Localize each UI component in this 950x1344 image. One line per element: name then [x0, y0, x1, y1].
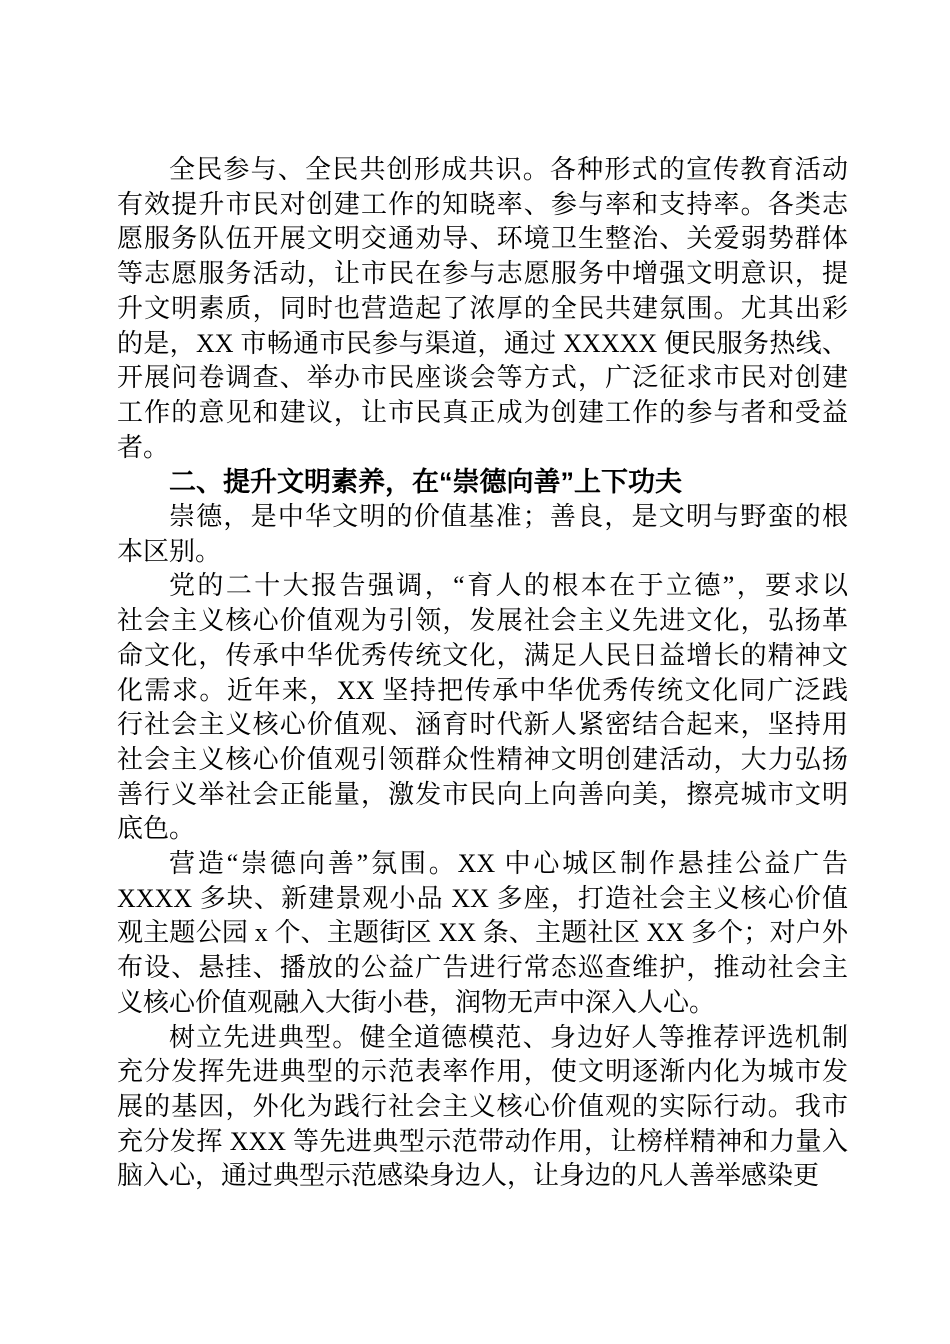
- text-line: 的是，XX 市畅通市民参与渠道，通过 XXXXX 便民服务热线、: [117, 327, 848, 362]
- paragraph: 树立先进典型。健全道德模范、身边好人等推荐评选机制充分发挥先进典型的示范表率作用…: [117, 1021, 848, 1195]
- paragraph: 党的二十大报告强调，“育人的根本在于立德”，要求以社会主义核心价值观为引领，发展…: [117, 569, 848, 847]
- text-line: 观主题公园 x 个、主题街区 XX 条、主题社区 XX 多个；对户外: [117, 916, 848, 951]
- document-page: 全民参与、全民共创形成共识。各种形式的宣传教育活动有效提升市民对创建工作的知晓率…: [0, 0, 950, 1344]
- text-line: 愿服务队伍开展文明交通劝导、环境卫生整治、关爱弱势群体: [117, 222, 848, 257]
- text-line: 党的二十大报告强调，“育人的根本在于立德”，要求以: [117, 569, 848, 604]
- text-line: 命文化，传承中华优秀传统文化，满足人民日益增长的精神文: [117, 639, 848, 674]
- text-line: 充分发挥 XXX 等先进典型示范带动作用，让榜样精神和力量入: [117, 1125, 848, 1160]
- text-line: 等志愿服务活动，让市民在参与志愿服务中增强文明意识，提: [117, 257, 848, 292]
- text-line: 社会主义核心价值观引领群众性精神文明创建活动，大力弘扬: [117, 743, 848, 778]
- text-line: 崇德，是中华文明的价值基准；善良，是文明与野蛮的根: [117, 500, 848, 535]
- text-line: 社会主义核心价值观为引领，发展社会主义先进文化，弘扬革: [117, 604, 848, 639]
- text-line: 化需求。近年来，XX 坚持把传承中华优秀传统文化同广泛践: [117, 674, 848, 709]
- heading-line: 二、提升文明素养，在“崇德向善”上下功夫: [117, 465, 848, 500]
- text-line: 工作的意见和建议，让市民真正成为创建工作的参与者和受益: [117, 396, 848, 431]
- text-line: 义核心价值观融入大街小巷，润物无声中深入人心。: [117, 986, 848, 1021]
- text-line: 展的基因，外化为践行社会主义核心价值观的实际行动。我市: [117, 1090, 848, 1125]
- text-line: 行社会主义核心价值观、涵育时代新人紧密结合起来，坚持用: [117, 708, 848, 743]
- text-line: 者。: [117, 431, 848, 466]
- text-line: 本区别。: [117, 535, 848, 570]
- document-body: 全民参与、全民共创形成共识。各种形式的宣传教育活动有效提升市民对创建工作的知晓率…: [117, 153, 848, 1194]
- paragraph: 全民参与、全民共创形成共识。各种形式的宣传教育活动有效提升市民对创建工作的知晓率…: [117, 153, 848, 465]
- text-line: 布设、悬挂、播放的公益广告进行常态巡查维护，推动社会主: [117, 951, 848, 986]
- text-line: 营造“崇德向善”氛围。XX 中心城区制作悬挂公益广告: [117, 847, 848, 882]
- paragraph: 崇德，是中华文明的价值基准；善良，是文明与野蛮的根本区别。: [117, 500, 848, 569]
- text-line: 全民参与、全民共创形成共识。各种形式的宣传教育活动: [117, 153, 848, 188]
- text-line: 开展问卷调查、举办市民座谈会等方式，广泛征求市民对创建: [117, 361, 848, 396]
- text-line: XXXX 多块、新建景观小品 XX 多座，打造社会主义核心价值: [117, 882, 848, 917]
- text-line: 树立先进典型。健全道德模范、身边好人等推荐评选机制: [117, 1021, 848, 1056]
- text-line: 善行义举社会正能量，激发市民向上向善向美，擦亮城市文明: [117, 778, 848, 813]
- paragraph: 营造“崇德向善”氛围。XX 中心城区制作悬挂公益广告XXXX 多块、新建景观小品…: [117, 847, 848, 1021]
- text-line: 有效提升市民对创建工作的知晓率、参与率和支持率。各类志: [117, 188, 848, 223]
- text-line: 升文明素质，同时也营造起了浓厚的全民共建氛围。尤其出彩: [117, 292, 848, 327]
- text-line: 底色。: [117, 812, 848, 847]
- text-line: 脑入心，通过典型示范感染身边人，让身边的凡人善举感染更: [117, 1159, 848, 1194]
- text-line: 充分发挥先进典型的示范表率作用，使文明逐渐内化为城市发: [117, 1055, 848, 1090]
- section-heading: 二、提升文明素养，在“崇德向善”上下功夫: [117, 465, 848, 500]
